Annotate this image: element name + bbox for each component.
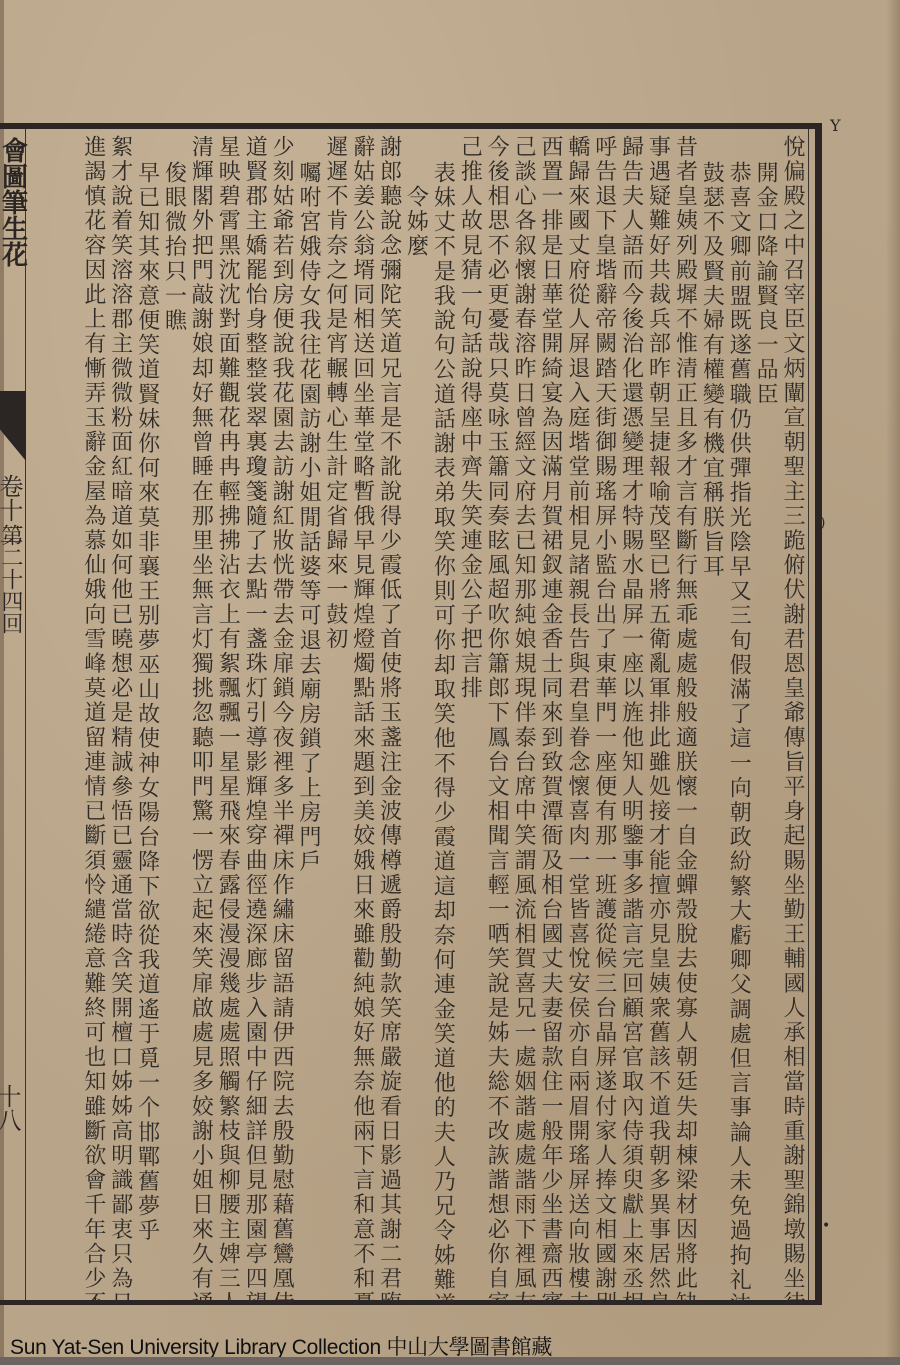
text-column: 早已知其來意便笑道賢妹你何來莫非襄王别夢巫山故使神女陽台降下欲從我道遙于覓一个邯… bbox=[133, 135, 160, 1303]
page-number: 十八 bbox=[0, 1084, 25, 1132]
text-column: 謝郎聽說念彌陀笑道兄言是不訛說得少霞低了首使將玉盞注金波傳樽遞爵殷勤款笑席嚴旋看… bbox=[375, 135, 402, 1303]
text-column: 清輝閣外把門敲謝娘却好無曾睡在那里坐無言灯獨挑忽聽叩門驚一愣立起來笑扉啟處見多姣… bbox=[187, 135, 214, 1303]
main-text-block: 悅偏殿之中召宰臣文炳闡宣朝聖主三跪俯伏謝君恩皇爺傳旨平身起賜坐勤王輔國人承相當時… bbox=[28, 129, 805, 1300]
binding-hole-mark: • bbox=[822, 1218, 830, 1234]
text-column: 表妹丈不是我說句公道話謝表弟取笑你則可你却取笑他不得少霞道這却奈何連金笑道他的夫… bbox=[429, 135, 456, 1303]
page-edge-shadow bbox=[886, 0, 900, 1365]
library-credit-latin: Sun Yat-Sen University Library Collectio… bbox=[10, 1336, 381, 1359]
text-column: 昔者皇姨列殿墀不惟清正且多才言有斷行無乖處處般般適朕懷一自金蟬殼脫去使寡人朝廷失… bbox=[671, 135, 698, 1303]
scan-bottom-edge bbox=[0, 1357, 900, 1365]
text-column: 俊眼微抬只一瞧 bbox=[160, 135, 187, 1303]
book-title-text: 會圖筆生花 bbox=[0, 137, 30, 267]
banxin-margin: 會圖筆生花 卷十二 第二十四回 十八 bbox=[0, 129, 26, 1300]
text-column: 呼告退下皇堦辭帝闕踏天街御賜瑤屏小監台出了東華門一座便有那一班護從候三台晶屏遂付… bbox=[590, 135, 617, 1303]
text-column: 少刻姑爺若到房便說我花園去訪謝紅妝恍帶去金扉鎖今夜裡多半禪床作繡床留語請伊西院去… bbox=[267, 135, 294, 1303]
text-column: 開金口降諭賢良一品臣 bbox=[751, 135, 778, 1303]
text-column: 星映碧霄黑沈沈對面難觀花冉冉輕拂拂沾衣上有絮飄飄一星星飛來春露侵漫漫幾處處照觸繁… bbox=[213, 135, 240, 1303]
text-column: 遲遲不肯奈之何是宵輾轉心生計定省歸來一鼓初 bbox=[321, 135, 348, 1303]
text-column: 己推人故見猜一句話說得座中齊失笑連金公子把言排 bbox=[455, 135, 482, 1303]
text-column: 恭喜文卿前盟既遂舊職仍供彈指光陰早又三旬假滿了這一向朝政紛繁大虧卿父調處但言事論… bbox=[724, 135, 751, 1303]
text-column: 歸告夫人語而今後治化還憑變理才特賜水晶屏一座以旌他知人明鑒事多諧言完回顧宮官取內… bbox=[617, 135, 644, 1303]
text-column: 絮才說着笑溶溶郡主微微粉面紅暗道如何他已曉想必是精誠參悟已靈通當時含笑開檀口姊姊… bbox=[106, 135, 133, 1303]
text-column: 辭姑姜公翁壻同相送回坐華堂略暫俄早見輝煌燈燭點話來題到美姣娥日來雖勸純娘好無奈他… bbox=[348, 135, 375, 1303]
printed-page-frame: 會圖筆生花 卷十二 第二十四回 十八 悅偏殿之中召宰臣文炳闡宣朝聖主三跪俯伏謝君… bbox=[0, 123, 822, 1305]
text-column: 轎歸來國丈府從人屏退入庭堦堂前相見諸親長告與君皇眷念懷喜肉一堂皆喜悅安侯亦自兩眉… bbox=[563, 135, 590, 1303]
text-column: 事遇疑難好共裁兵部昨朝呈捷報喻茂堅已將五衛亂軍排此雖処接才能擅亦見皇姨衆舊該不道… bbox=[644, 135, 671, 1303]
frame-inner-rule bbox=[808, 129, 809, 1300]
chapter-label: 第二十四回 bbox=[0, 524, 25, 634]
binding-hole-mark: Y bbox=[830, 116, 841, 135]
text-column: 道賢郡主嬌罷怡身整整裳翠裏瓊箋隨了去點一盞珠灯引導影輝煌穿曲徑遶深廊步入園中仔細… bbox=[240, 135, 267, 1303]
text-column: 己談心各叙懷謝春溶昨日曾經文府去已知那純娘規現伴泰台席中笑謂風流相賀喜兄一處姻諧… bbox=[509, 135, 536, 1303]
text-column: 鼓瑟不及賢夫婦有權變有機宜稱朕旨耳 bbox=[697, 135, 724, 1303]
library-credit-cjk: 中山大學圖書館藏 bbox=[386, 1335, 552, 1359]
text-column: 今後相思不必更憂哉只莫咏玉簫同奏眩風超吹你簫郎下鳳台文相聞言輕一哂笑說是姊夫総不… bbox=[482, 135, 509, 1303]
text-column: 囑咐宮娥侍女我往花園訪謝小姐閒話婆等可退去廟房鎖了上房門戶 bbox=[294, 135, 321, 1303]
text-column: 進謁慎花容因此上有慚弄玉辭金屋為慕仙娥向雪峰莫道留連情已斷須怜繾綣意難終可也知雖… bbox=[79, 135, 106, 1303]
text-column: 西置一排是日華堂開綺宴為因滿月賀裙釵連金香士同來到致賀潭衙及相台國丈夫妻留款住一… bbox=[536, 135, 563, 1303]
text-column: 令姊麼 bbox=[402, 135, 429, 1303]
text-column: 悅偏殿之中召宰臣文炳闡宣朝聖主三跪俯伏謝君恩皇爺傳旨平身起賜坐勤王輔國人承相當時… bbox=[778, 135, 805, 1303]
